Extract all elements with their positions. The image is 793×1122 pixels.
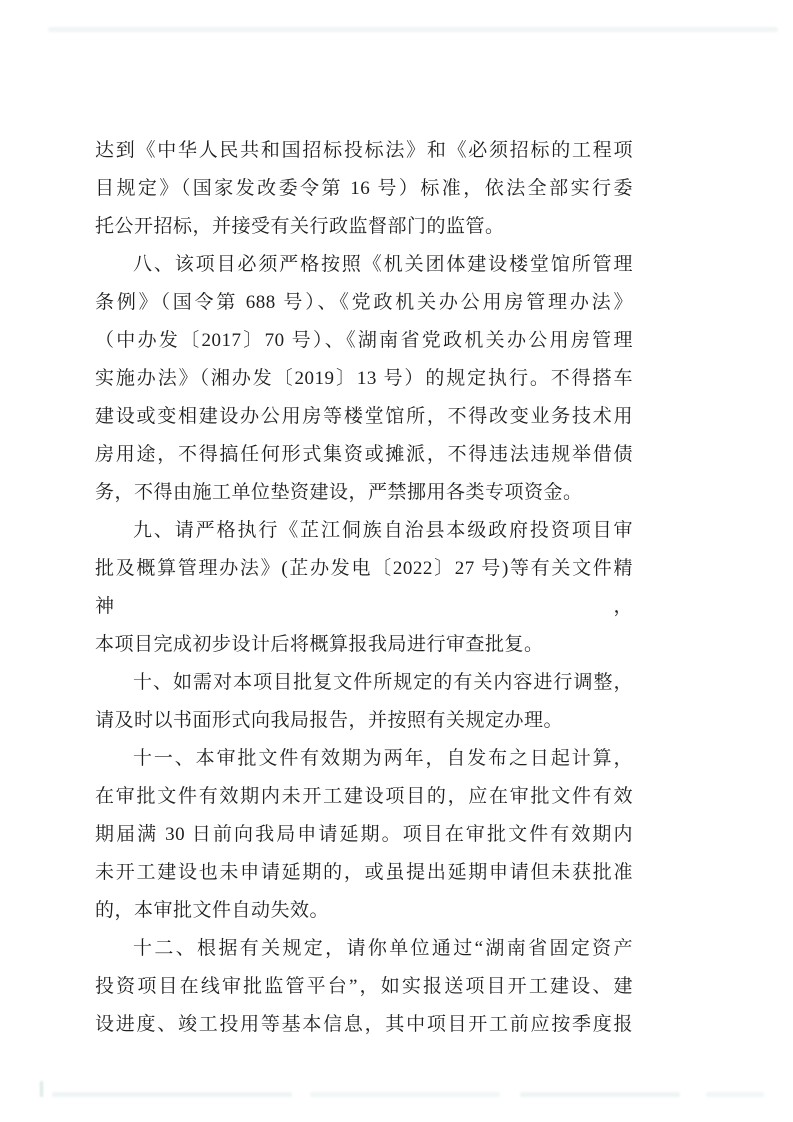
scan-artifact-bottom-smudge bbox=[520, 1092, 680, 1097]
text-line: 务，不得由施工单位垫资建设，严禁挪用各类专项资金。 bbox=[95, 474, 633, 512]
text-line: 达到《中华人民共和国招标投标法》和《必须招标的工程项 bbox=[95, 132, 633, 170]
text-line: 实施办法》（湘办发〔2019〕13 号）的规定执行。不得搭车 bbox=[95, 360, 633, 398]
text-line: 十二、根据有关规定，请你单位通过“湖南省固定资产 bbox=[95, 930, 633, 968]
paragraph: 十、如需对本项目批复文件所规定的有关内容进行调整，请及时以书面形式向我局报告，并… bbox=[95, 664, 633, 740]
text-line: （中办发〔2017〕70 号）、《湖南省党政机关办公用房管理 bbox=[95, 322, 633, 360]
document-body: 达到《中华人民共和国招标投标法》和《必须招标的工程项目规定》（国家发改委令第 1… bbox=[95, 132, 633, 1044]
text-line: 条例》（国令第 688 号）、《党政机关办公用房管理办法》 bbox=[95, 284, 633, 322]
text-line: 本项目完成初步设计后将概算报我局进行审查批复。 bbox=[95, 626, 633, 664]
paragraph: 八、该项目必须严格按照《机关团体建设楼堂馆所管理条例》（国令第 688 号）、《… bbox=[95, 246, 633, 512]
text-line: 九、请严格执行《芷江侗族自治县本级政府投资项目审 bbox=[95, 512, 633, 550]
text-line: 十、如需对本项目批复文件所规定的有关内容进行调整， bbox=[95, 664, 633, 702]
paragraph: 十一、本审批文件有效期为两年，自发布之日起计算，在审批文件有效期内未开工建设项目… bbox=[95, 740, 633, 930]
text-line: 投资项目在线审批监管平台”，如实报送项目开工建设、建 bbox=[95, 968, 633, 1006]
scan-artifact-bottom-dash bbox=[40, 1081, 43, 1097]
text-line: 十一、本审批文件有效期为两年，自发布之日起计算， bbox=[95, 740, 633, 778]
text-line: 建设或变相建设办公用房等楼堂馆所，不得改变业务技术用 bbox=[95, 398, 633, 436]
scan-artifact-bottom-smudge bbox=[706, 1092, 764, 1097]
scan-artifact-bottom-smudge bbox=[52, 1092, 292, 1097]
paragraph: 九、请严格执行《芷江侗族自治县本级政府投资项目审批及概算管理办法》(芷办发电〔2… bbox=[95, 512, 633, 664]
text-line: 设进度、竣工投用等基本信息，其中项目开工前应按季度报 bbox=[95, 1006, 633, 1044]
text-line: 未开工建设也未申请延期的，或虽提出延期申请但未获批准 bbox=[95, 854, 633, 892]
document-page: 达到《中华人民共和国招标投标法》和《必须招标的工程项目规定》（国家发改委令第 1… bbox=[0, 0, 793, 1122]
text-line: 期届满 30 日前向我局申请延期。项目在审批文件有效期内 bbox=[95, 816, 633, 854]
text-line: 在审批文件有效期内未开工建设项目的，应在审批文件有效 bbox=[95, 778, 633, 816]
text-line: 的，本审批文件自动失效。 bbox=[95, 892, 633, 930]
text-line: 托公开招标，并接受有关行政监督部门的监管。 bbox=[95, 208, 633, 246]
text-line: 目规定》（国家发改委令第 16 号）标准，依法全部实行委 bbox=[95, 170, 633, 208]
text-line: 房用途，不得搞任何形式集资或摊派，不得违法违规举借债 bbox=[95, 436, 633, 474]
paragraph: 达到《中华人民共和国招标投标法》和《必须招标的工程项目规定》（国家发改委令第 1… bbox=[95, 132, 633, 246]
text-line: 八、该项目必须严格按照《机关团体建设楼堂馆所管理 bbox=[95, 246, 633, 284]
scan-artifact-top-smudge bbox=[48, 27, 778, 32]
text-line: 批及概算管理办法》(芷办发电〔2022〕27 号)等有关文件精神， bbox=[95, 550, 633, 626]
scan-artifact-bottom-smudge bbox=[310, 1092, 500, 1097]
text-line: 请及时以书面形式向我局报告，并按照有关规定办理。 bbox=[95, 702, 633, 740]
paragraph: 十二、根据有关规定，请你单位通过“湖南省固定资产投资项目在线审批监管平台”，如实… bbox=[95, 930, 633, 1044]
